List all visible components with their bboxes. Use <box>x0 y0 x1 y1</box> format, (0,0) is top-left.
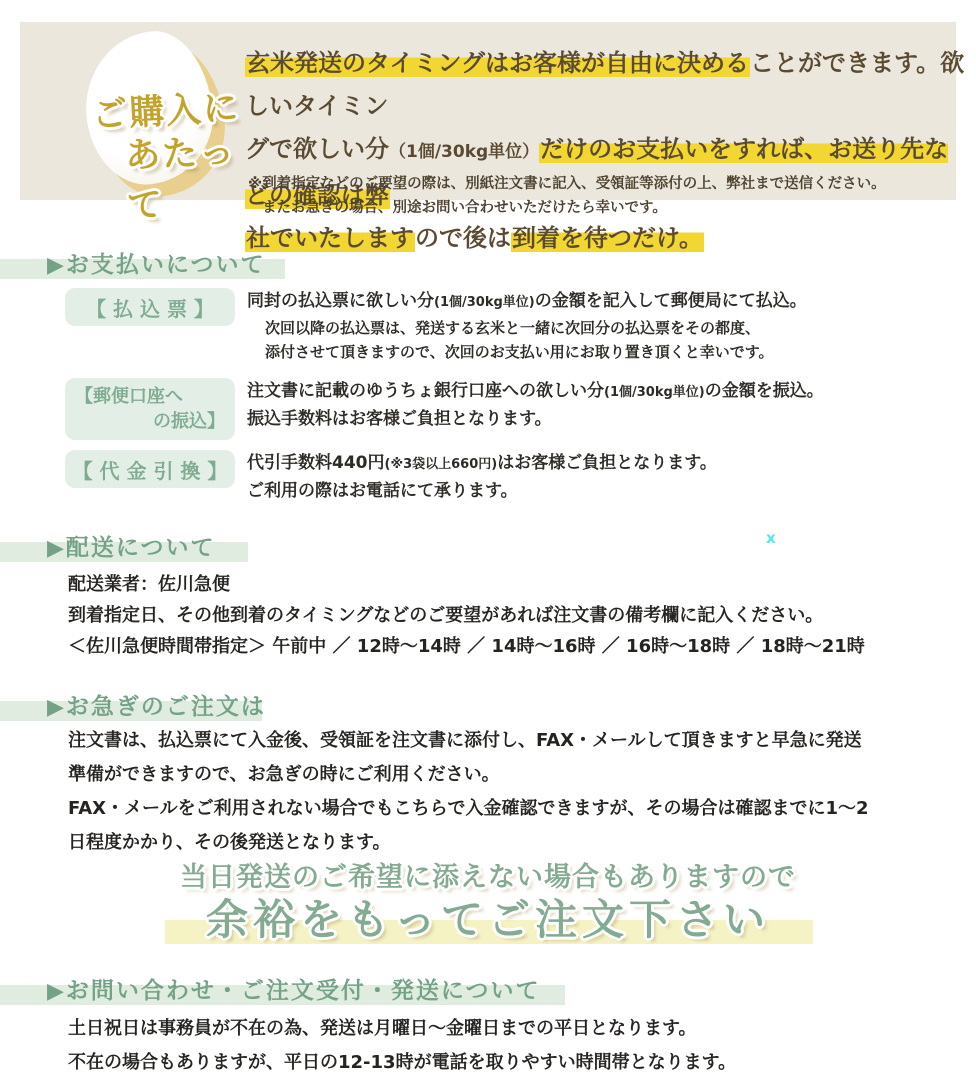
delivery-line: 到着指定日、その他到着のタイミングなどのご要望があれば注文書の備考欄に記入くださ… <box>68 600 976 631</box>
banner-headline: 玄米発送のタイミングはお客様が自由に決めることができます。欲しいタイミン グで欲… <box>245 42 965 260</box>
notice-line-1: 当日発送のご希望に添えない場合もありますので <box>0 862 976 894</box>
method-main-line: 代引手数料440円(※3袋以上660円)はお客様ご負担となります。 <box>247 450 717 478</box>
payment-method-text: 注文書に記載のゆうちょ銀行口座への欲しい分(1個/30kg単位)の金額を振込。 … <box>247 378 824 433</box>
plain-text: 同封の払込票に欲しい分 <box>247 291 434 311</box>
payment-method-text: 代引手数料440円(※3袋以上660円)はお客様ご負担となります。 ご利用の際は… <box>247 450 717 505</box>
section-arrow-icon: ▶ <box>47 253 64 278</box>
logo-text: ご購入に あたって <box>50 22 260 200</box>
section-arrow-icon: ▶ <box>47 536 64 561</box>
delivery-text: 配送業者：佐川急便 到着指定日、その他到着のタイミングなどのご要望があれば注文書… <box>68 569 976 662</box>
small-paren-text: (1個/30kg単位) <box>604 385 705 400</box>
small-paren-text: (1個/30kg単位) <box>434 295 535 310</box>
contact-line: 土日祝日は事務員が不在の為、発送は月曜日〜金曜日までの平日となります。 <box>68 1012 976 1046</box>
label-line-2: の振込】 <box>75 409 225 434</box>
plain-text: 代引手数料440円 <box>247 453 385 473</box>
section-title: お急ぎのご注文は <box>66 694 266 720</box>
payment-method-label: 【郵便口座へ の振込】 <box>65 378 235 440</box>
label-line-1: 【郵便口座へ <box>75 384 225 409</box>
purchase-intro-banner: ご購入に あたって 玄米発送のタイミングはお客様が自由に決めることができます。欲… <box>20 22 956 200</box>
section-title: お問い合わせ・ご注文受付・発送について <box>66 978 541 1004</box>
section-heading-contact: ▶お問い合わせ・ご注文受付・発送について <box>0 970 976 1004</box>
payment-method-row: 【 代 金 引 換 】 代引手数料440円(※3袋以上660円)はお客様ご負担と… <box>65 450 976 505</box>
stray-x-mark: x <box>766 529 776 547</box>
plain-text: 注文書に記載のゆうちょ銀行口座への欲しい分 <box>247 381 604 401</box>
rush-line: FAX・メールをご利用されない場合でもこちらで入金確認できますが、その場合は確認… <box>68 792 976 826</box>
payment-method-row: 【郵便口座へ の振込】 注文書に記載のゆうちょ銀行口座への欲しい分(1個/30k… <box>65 378 976 440</box>
payment-method-label: 【 代 金 引 換 】 <box>65 450 235 488</box>
method-main-line: 注文書に記載のゆうちょ銀行口座への欲しい分(1個/30kg単位)の金額を振込。 <box>247 378 824 406</box>
rush-line: 日程度かかり、その後発送となります。 <box>68 826 976 860</box>
payment-method-text: 同封の払込票に欲しい分(1個/30kg単位)の金額を記入して郵便局にて払込。 次… <box>247 288 807 364</box>
method-main-line: ご利用の際はお電話にて承ります。 <box>247 478 717 505</box>
payment-method-row: 【 払 込 票 】 同封の払込票に欲しい分(1個/30kg単位)の金額を記入して… <box>65 288 976 364</box>
payment-method-label: 【 払 込 票 】 <box>65 288 235 326</box>
plain-text: の金額を記入して郵便局にて払込。 <box>535 291 807 311</box>
section-heading-delivery: ▶配送について <box>0 527 976 561</box>
banner-note: ※到着指定などのご要望の際は、別紙注文書に記入、受領証等添付の上、弊社まで送信く… <box>248 172 968 220</box>
delivery-line: 配送業者：佐川急便 <box>68 569 976 600</box>
headline-line-1: 玄米発送のタイミングはお客様が自由に決めることができます。欲しいタイミン <box>245 42 965 128</box>
plain-text: の金額を振込。 <box>705 381 824 401</box>
method-sub-line: 次回以降の払込票は、発送する玄米と一緒に次回分の払込票をその都度、 <box>265 316 807 340</box>
section-title: 配送について <box>66 535 216 561</box>
section-arrow-icon: ▶ <box>47 695 64 720</box>
note-line-1: ※到着指定などのご要望の際は、別紙注文書に記入、受領証等添付の上、弊社まで送信く… <box>248 172 968 196</box>
method-main-line: 振込手数料はお客様ご負担となります。 <box>247 406 824 433</box>
method-sub-line: 添付させて頂きますので、次回のお支払い用にお取り置き頂くと幸いです。 <box>265 340 807 364</box>
highlight-text: 玄米発送のタイミングはお客様が自由に決める <box>245 49 750 77</box>
rush-text: 注文書は、払込票にて入金後、受領証を注文書に添付し、FAX・メールして頂きますと… <box>68 724 976 860</box>
logo-line-2: あたって <box>124 124 261 229</box>
note-line-2: またお急ぎの場合、別途お問い合わせいただけたら幸いです。 <box>248 196 968 220</box>
small-paren-text: （1個/30kg単位） <box>389 142 539 162</box>
notice-banner: 当日発送のご希望に添えない場合もありますので 余裕をもってご注文下さい <box>0 862 976 946</box>
contact-text: 土日祝日は事務員が不在の為、発送は月曜日〜金曜日までの平日となります。 不在の場… <box>68 1012 976 1080</box>
contact-line: 不在の場合もありますが、平日の12-13時が電話を取りやすい時間帯となります。 <box>68 1046 976 1080</box>
section-heading-rush: ▶お急ぎのご注文は <box>0 686 976 720</box>
section-arrow-icon: ▶ <box>47 979 64 1004</box>
purchase-info-page: ご購入に あたって 玄米発送のタイミングはお客様が自由に決めることができます。欲… <box>0 0 976 1089</box>
section-heading-payment: ▶お支払いについて <box>0 244 976 278</box>
small-paren-text: (※3袋以上660円) <box>385 457 498 472</box>
method-main-line: 同封の払込票に欲しい分(1個/30kg単位)の金額を記入して郵便局にて払込。 <box>247 288 807 316</box>
delivery-line: ＜佐川急便時間帯指定＞ 午前中 ／ 12時〜14時 ／ 14時〜16時 ／ 16… <box>68 631 976 662</box>
section-title: お支払いについて <box>66 252 266 278</box>
notice-line-2: 余裕をもってご注文下さい <box>0 894 976 946</box>
purchase-logo: ご購入に あたって <box>50 22 260 200</box>
rush-line: 準備ができますので、お急ぎの時にご利用ください。 <box>68 758 976 792</box>
plain-text: はお客様ご負担となります。 <box>497 453 717 473</box>
rush-line: 注文書は、払込票にて入金後、受領証を注文書に添付し、FAX・メールして頂きますと… <box>68 724 976 758</box>
plain-text: グで欲しい分 <box>245 135 389 163</box>
